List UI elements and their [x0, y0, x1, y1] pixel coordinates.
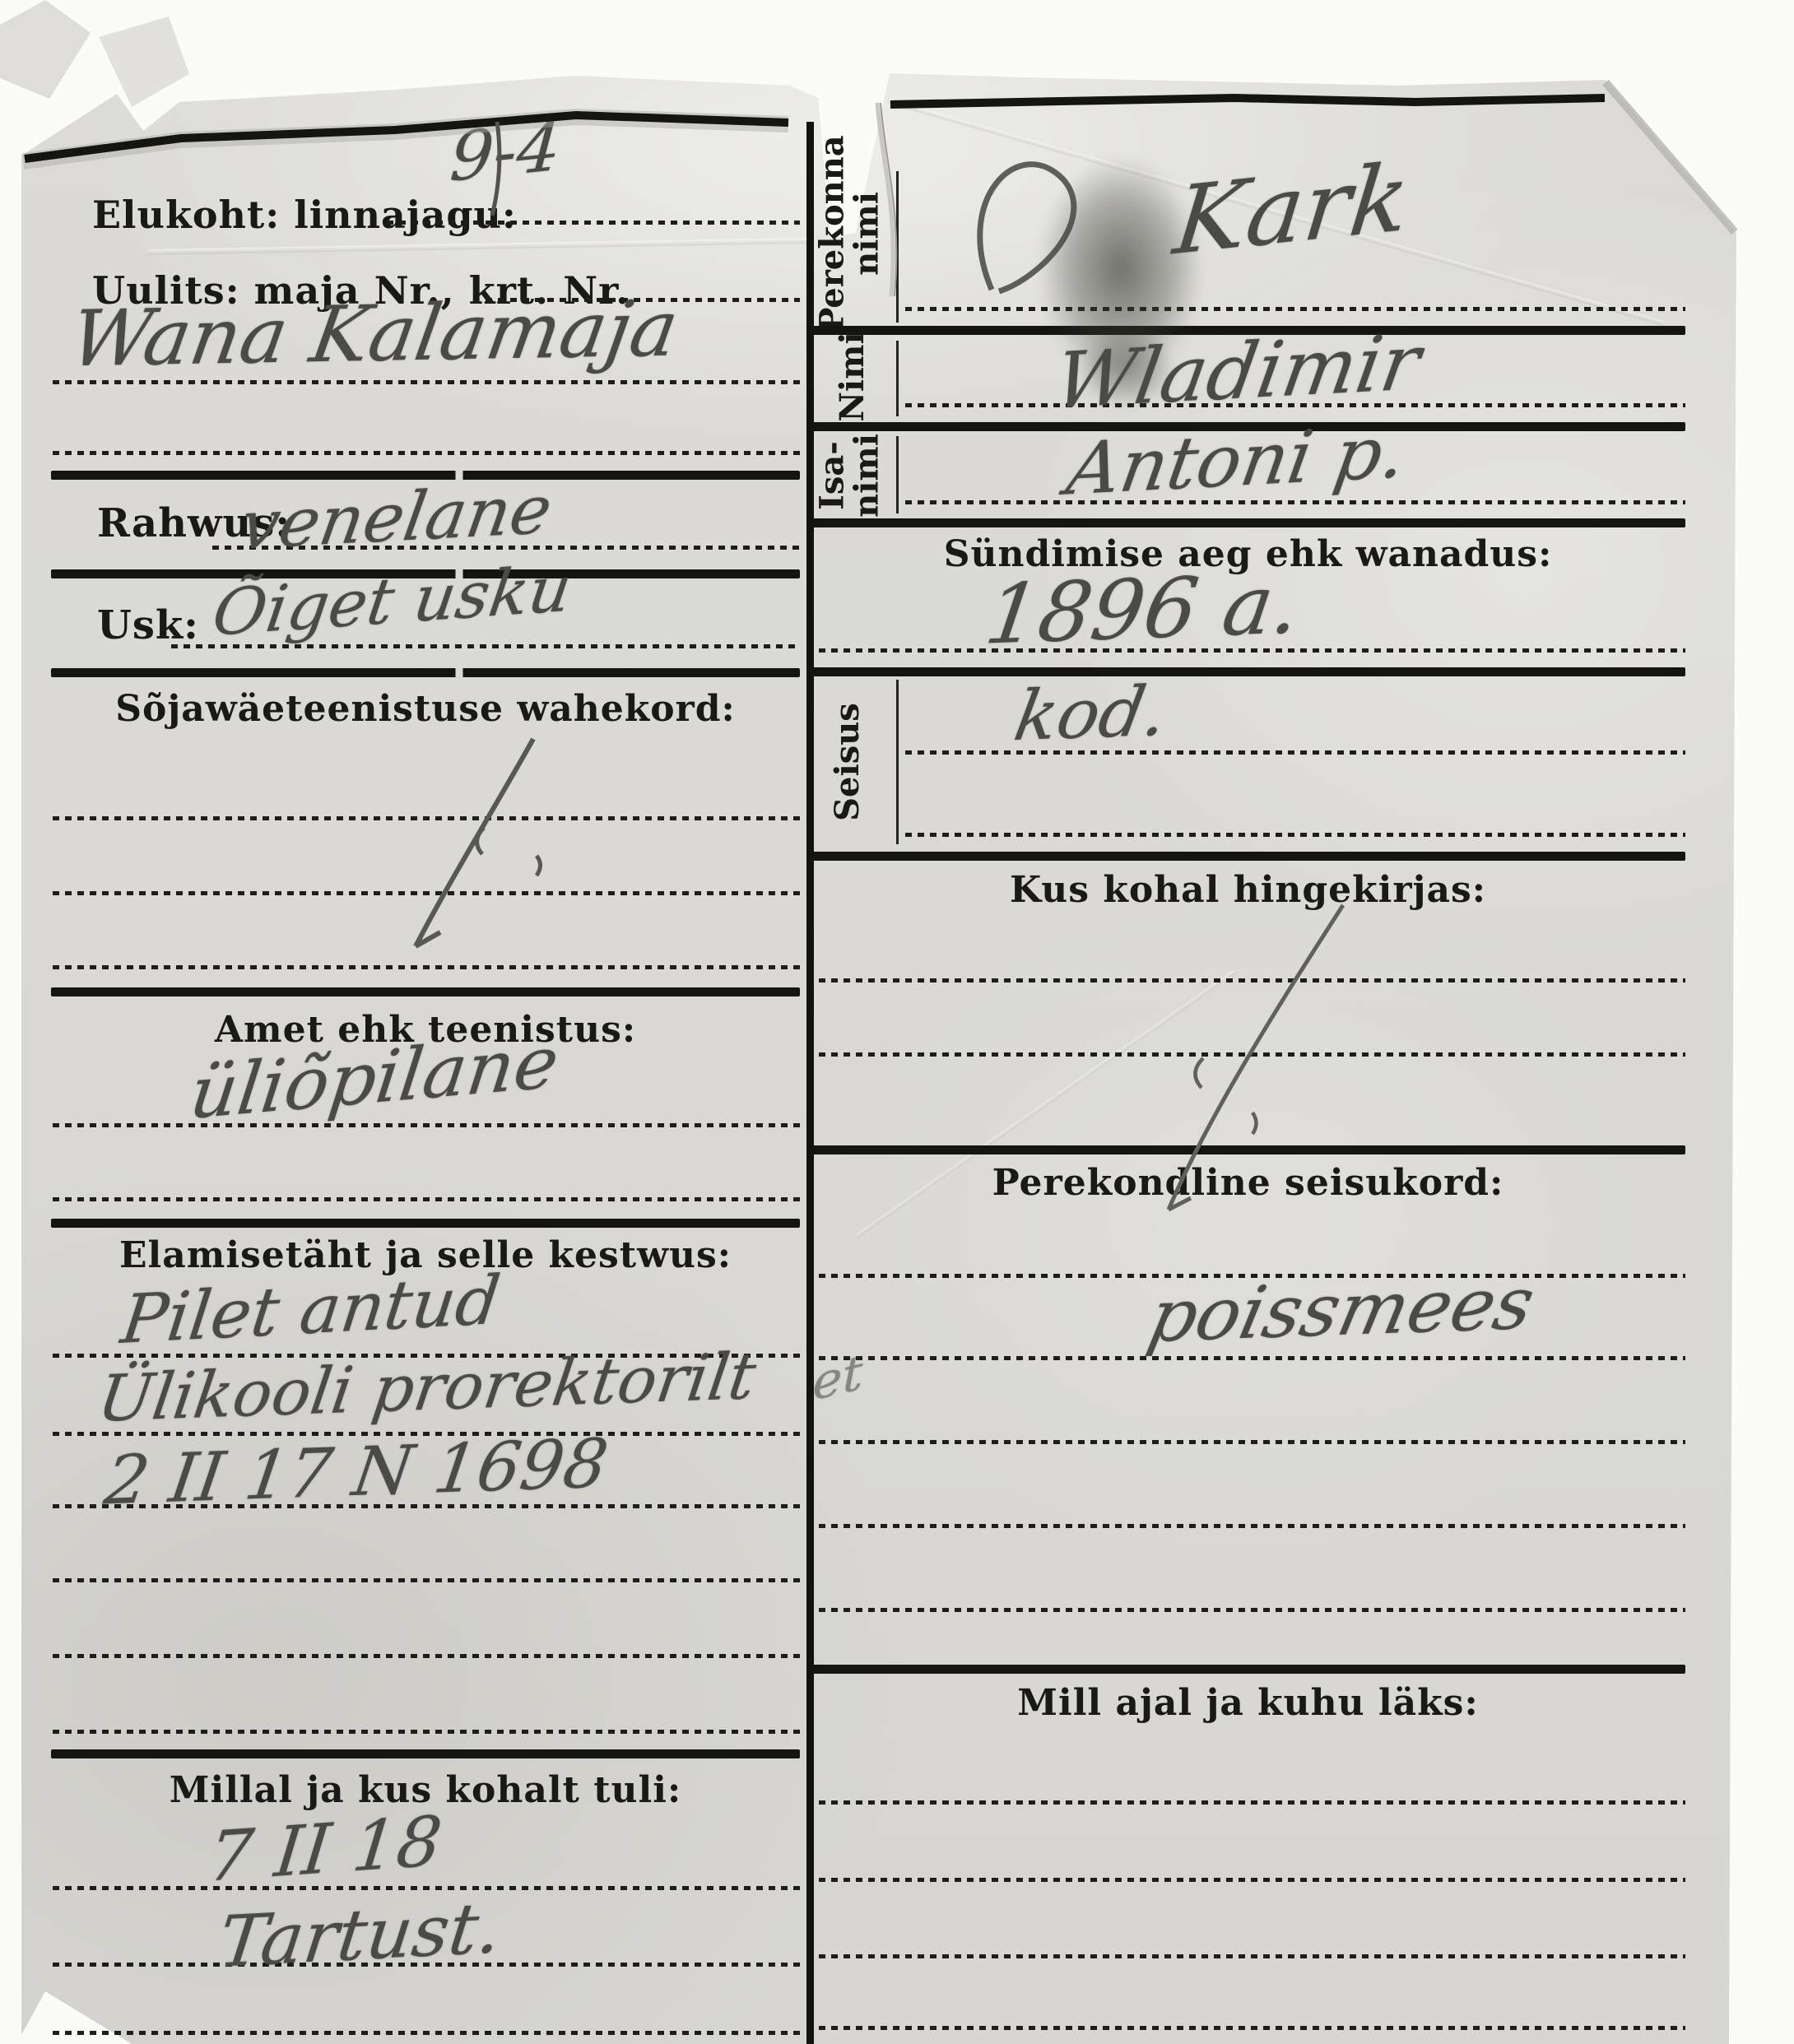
- paper-fragment: [0, 0, 107, 107]
- section-heading-military: Sõjawäeteenistuse wahekord:: [51, 688, 800, 730]
- section-heading-registered: Kus kohal hingekirjas:: [811, 869, 1685, 911]
- dotted-line: [819, 2026, 1685, 2030]
- paper-fragment: [95, 12, 198, 111]
- rule-line: [811, 1145, 1685, 1154]
- label-divider-line: [896, 680, 899, 844]
- handwritten-status: kod.: [1009, 671, 1174, 756]
- label-divider-line: [896, 171, 899, 323]
- dotted-line: [819, 1954, 1685, 1958]
- dotted-line: [819, 1608, 1685, 1612]
- column-divider-line: [806, 122, 814, 2044]
- section-heading-marital: Perekondline seisukord:: [811, 1162, 1685, 1204]
- dotted-line: [53, 2031, 800, 2035]
- rule-line: [811, 852, 1685, 861]
- row-label-fathername-line1: Isa-: [812, 441, 851, 510]
- section-heading-departure: Mill ajal ja kuhu läks:: [811, 1682, 1685, 1724]
- label-divider-line: [896, 341, 899, 416]
- handwritten-house-number: 9-4: [448, 108, 564, 197]
- dotted-line: [53, 1886, 800, 1890]
- rule-line: [811, 667, 1685, 676]
- dotted-line: [819, 1878, 1685, 1882]
- handwritten-marital: poissmees: [1141, 1261, 1541, 1359]
- row-label-surname-line2: nimi: [847, 192, 885, 276]
- handwritten-street: Wana Kalamaja: [64, 285, 684, 385]
- dotted-line: [53, 816, 800, 820]
- row-label-fathername: Isa- nimi: [815, 434, 883, 518]
- dotted-line: [819, 1524, 1685, 1528]
- field-label-usk: Usk:: [97, 602, 199, 648]
- dotted-line: [819, 1800, 1685, 1805]
- dotted-line: [53, 1730, 800, 1734]
- dotted-line: [905, 833, 1685, 837]
- dotted-line: [53, 1654, 800, 1658]
- dotted-line: [819, 1052, 1685, 1057]
- handwritten-arrival-place: Tartust.: [214, 1887, 505, 1984]
- rule-line: [51, 1749, 800, 1758]
- row-label-fathername-line2: nimi: [847, 434, 885, 518]
- rule-line: [811, 1665, 1685, 1674]
- dotted-line: [53, 451, 800, 455]
- dotted-line: [53, 1123, 800, 1127]
- field-label-elukoht: Elukoht: linnajagu:: [92, 193, 517, 237]
- dotted-line: [53, 1578, 800, 1582]
- dotted-line: [53, 891, 800, 895]
- handwritten-birthyear: 1896 a.: [980, 555, 1306, 662]
- dotted-line: [53, 1197, 800, 1201]
- dotted-line: [387, 221, 800, 225]
- handwritten-arrival-date: 7 II 18: [204, 1800, 445, 1897]
- dotted-line: [819, 1356, 1685, 1360]
- dotted-line: [53, 965, 800, 969]
- scanned-document: Elukoht: linnajagu: Uulits: maja Nr., kr…: [0, 0, 1794, 2044]
- label-divider-line: [896, 436, 899, 513]
- rule-line: [51, 987, 800, 996]
- dotted-line: [819, 978, 1685, 983]
- stray-pencil-mark: et: [812, 1345, 862, 1412]
- row-label-firstname: Nimi: [835, 332, 870, 421]
- rule-line: [51, 1219, 800, 1228]
- dotted-line: [905, 307, 1685, 311]
- dotted-line: [819, 1440, 1685, 1444]
- row-label-surname-line1: Perekonna: [812, 135, 851, 332]
- rule-line: [51, 668, 800, 677]
- row-label-status: Seisus: [830, 703, 865, 821]
- rule-line: [811, 518, 1685, 527]
- dotted-line: [905, 500, 1685, 504]
- row-label-surname: Perekonna nimi: [815, 135, 883, 332]
